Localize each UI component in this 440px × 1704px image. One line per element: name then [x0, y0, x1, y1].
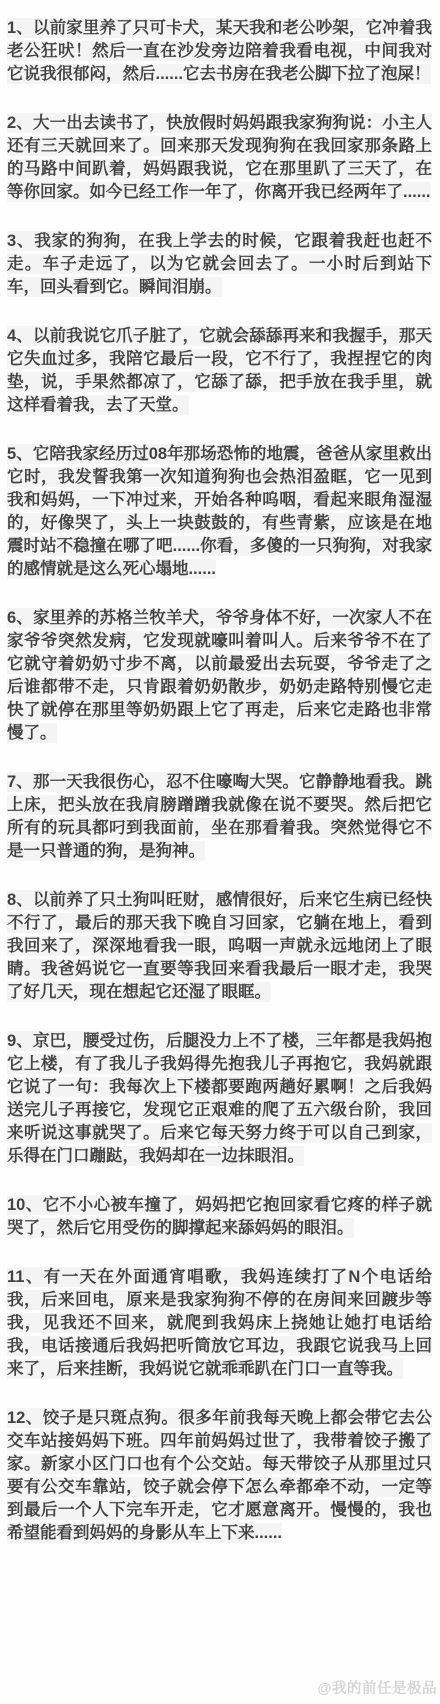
- story-paragraph-3: 3、我家的狗狗，在我上学去的时候，它跟着我赶也赶不走。车子走远了，以为它就会回去…: [7, 230, 432, 299]
- story-paragraph-9: 9、京巴，腰受过伤，后腿没力上不了楼，三年都是我妈抱它上楼，有了我儿子我妈得先抱…: [7, 1030, 432, 1168]
- story-text: 10、它不小心被车撞了，妈妈把它抱回家看它疼的样子就哭了，然后它用受伤的脚撑起来…: [7, 1195, 432, 1238]
- story-text: 3、我家的狗狗，在我上学去的时候，它跟着我赶也赶不走。车子走远了，以为它就会回去…: [7, 231, 432, 297]
- story-text: 12、饺子是只斑点狗。很多年前我每天晚上都会带它去公交车站接妈妈下班。四年前妈妈…: [7, 1408, 432, 1543]
- story-text: 2、大一出去读书了，快放假时妈妈跟我家狗狗说：小主人还有三天就回来了。回来那天发…: [7, 113, 432, 202]
- author-watermark: @我的前任是极品: [317, 1677, 437, 1698]
- story-text: 7、那一天我很伤心，忍不住嚎啕大哭。它静静地看我。跳上床，把头放在我肩膀蹭蹭我就…: [7, 772, 432, 861]
- story-paragraph-8: 8、以前养了只土狗叫旺财，感情很好，后来它生病已经快不行了，最后的那天我下晚自习…: [7, 889, 432, 1004]
- story-text: 6、家里养的苏格兰牧羊犬，爷爷身体不好，一次家人不在家爷爷突然发病，它发现就嚎叫…: [7, 608, 432, 743]
- story-paragraph-5: 5、它陪我家经历过08年那场恐怖的地震，爸爸从家里救出它时，我发誓我第一次知道狗…: [7, 443, 432, 581]
- story-text: 9、京巴，腰受过伤，后腿没力上不了楼，三年都是我妈抱它上楼，有了我儿子我妈得先抱…: [7, 1031, 432, 1166]
- story-paragraph-1: 1、以前家里养了只可卡犬，某天我和老公吵架，它冲着我老公狂吠！然后一直在沙发旁边…: [7, 17, 432, 86]
- story-paragraph-7: 7、那一天我很伤心，忍不住嚎啕大哭。它静静地看我。跳上床，把头放在我肩膀蹭蹭我就…: [7, 771, 432, 863]
- story-text: 8、以前养了只土狗叫旺财，感情很好，后来它生病已经快不行了，最后的那天我下晚自习…: [7, 890, 432, 1002]
- story-text: 5、它陪我家经历过08年那场恐怖的地震，爸爸从家里救出它时，我发誓我第一次知道狗…: [7, 444, 432, 579]
- long-post-image: 1、以前家里养了只可卡犬，某天我和老公吵架，它冲着我老公狂吠！然后一直在沙发旁边…: [0, 0, 440, 1704]
- story-paragraph-2: 2、大一出去读书了，快放假时妈妈跟我家狗狗说：小主人还有三天就回来了。回来那天发…: [7, 112, 432, 204]
- story-text: 11、有一天在外面通宵唱歌，我妈连续打了N个电话给我，后来回电，原来是我家狗狗不…: [7, 1267, 432, 1379]
- story-paragraph-6: 6、家里养的苏格兰牧羊犬，爷爷身体不好，一次家人不在家爷爷突然发病，它发现就嚎叫…: [7, 607, 432, 745]
- story-text: 1、以前家里养了只可卡犬，某天我和老公吵架，它冲着我老公狂吠！然后一直在沙发旁边…: [7, 18, 432, 84]
- story-paragraph-4: 4、以前我说它爪子脏了，它就会舔舔再来和我握手，那天它失血过多，我陪它最后一段，…: [7, 325, 432, 417]
- story-text: 4、以前我说它爪子脏了，它就会舔舔再来和我握手，那天它失血过多，我陪它最后一段，…: [7, 326, 432, 415]
- story-paragraph-12: 12、饺子是只斑点狗。很多年前我每天晚上都会带它去公交车站接妈妈下班。四年前妈妈…: [7, 1407, 432, 1545]
- story-paragraph-10: 10、它不小心被车撞了，妈妈把它抱回家看它疼的样子就哭了，然后它用受伤的脚撑起来…: [7, 1194, 432, 1240]
- story-paragraph-11: 11、有一天在外面通宵唱歌，我妈连续打了N个电话给我，后来回电，原来是我家狗狗不…: [7, 1266, 432, 1381]
